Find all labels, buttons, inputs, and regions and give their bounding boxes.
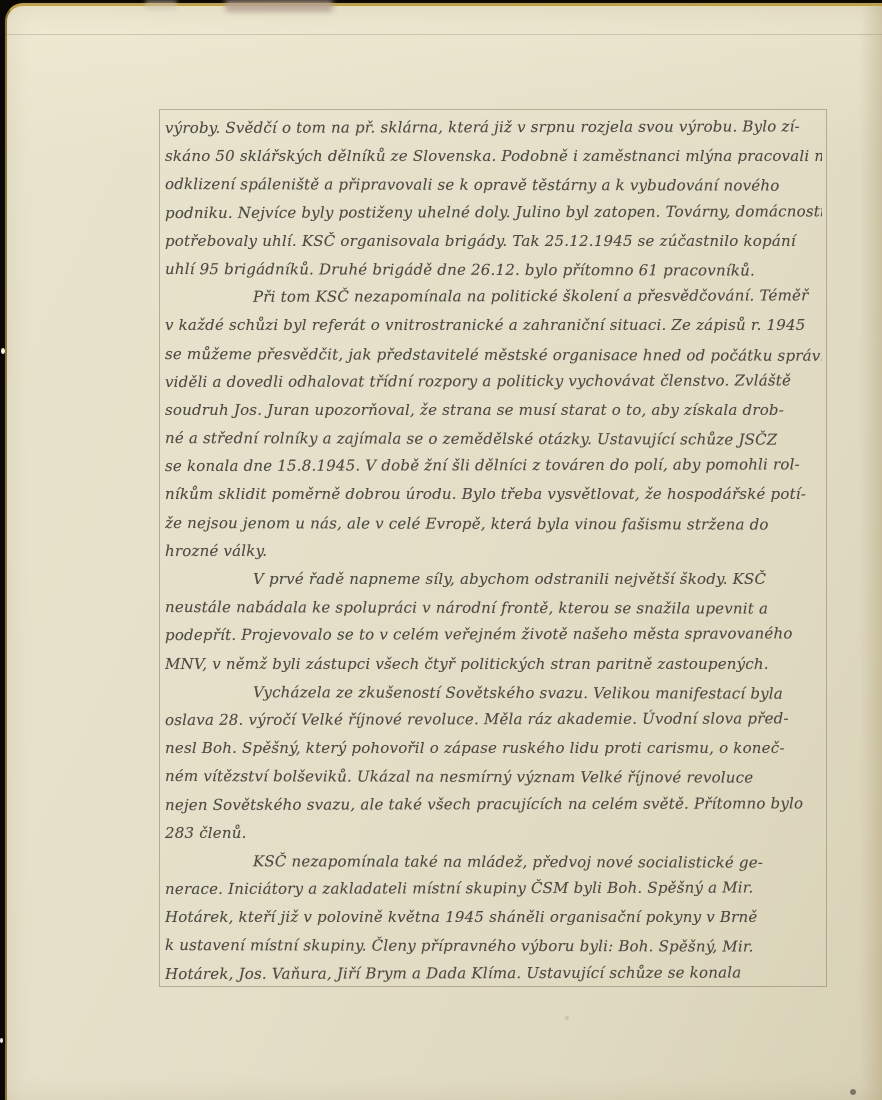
handwriting-line: KSČ nezapomínala také na mládež, předvoj… [165, 847, 822, 877]
ruled-text-frame: výroby. Svědčí o tom na př. sklárna, kte… [159, 109, 827, 987]
handwriting-line: uhlí 95 brigádníků. Druhé brigádě dne 26… [165, 255, 822, 285]
handwriting-line: výroby. Svědčí o tom na př. sklárna, kte… [165, 114, 822, 142]
handwriting-line: skáno 50 sklářských dělníků ze Slovenska… [165, 142, 822, 170]
handwriting-line: nesl Boh. Spěšný, který pohovořil o zápa… [165, 734, 822, 762]
handwriting-line: né a střední rolníky a zajímala se o zem… [165, 424, 822, 454]
ribbon-tab-artifact [225, 0, 333, 12]
handwriting-line: MNV, v němž byli zástupci všech čtyř pol… [165, 650, 822, 678]
handwriting-line: se můžeme přesvědčit, jak představitelé … [165, 340, 822, 370]
handwriting-line: že nejsou jenom u nás, ale v celé Evropě… [165, 509, 822, 539]
handwriting-line: nejen Sovětského svazu, ale také všech p… [165, 789, 822, 819]
ribbon-tab-artifact-small [145, 0, 177, 10]
book-page: výroby. Svědčí o tom na př. sklárna, kte… [5, 3, 882, 1100]
handwriting-line: k ustavení místní skupiny. Členy příprav… [165, 931, 822, 961]
handwriting-line: Při tom KSČ nezapomínala na politické šk… [165, 281, 822, 311]
handwriting-line: odklizení spáleniště a připravovali se k… [165, 170, 822, 200]
handwriting-line: se konala dne 15.8.1945. V době žní šli … [165, 451, 822, 481]
handwriting-line: viděli a dovedli odhalovat třídní rozpor… [165, 366, 822, 396]
dust-speck [1, 348, 5, 354]
handwriting-line: Hotárek, Jos. Vaňura, Jiří Brym a Dada K… [165, 958, 822, 984]
handwriting-line: Vycházela ze zkušeností Sovětského svazu… [165, 678, 822, 708]
handwriting-line: potřebovaly uhlí. KSČ organisovala brigá… [165, 227, 822, 255]
handwriting-line: níkům sklidit poměrně dobrou úrodu. Bylo… [165, 480, 822, 508]
handwriting-line: hrozné války. [165, 535, 822, 565]
handwriting-line: soudruh Jos. Juran upozorňoval, že stran… [165, 396, 822, 424]
handwriting-line: oslava 28. výročí Velké říjnové revoluce… [165, 704, 822, 734]
scanned-page: { "document": { "language": "Czech", "ki… [0, 0, 882, 1100]
handwriting-line: ném vítězství bolševiků. Ukázal na nesmí… [165, 762, 822, 792]
handwriting-line: Hotárek, kteří již v polovině května 194… [165, 903, 822, 931]
handwriting-line: 283 členů. [165, 819, 822, 847]
handwriting-line: podepřít. Projevovalo se to v celém veře… [165, 620, 822, 650]
handwriting-line: podniku. Nejvíce byly postiženy uhelné d… [165, 197, 822, 227]
dust-speck [565, 1016, 569, 1020]
handwriting-line: V prvé řadě napneme síly, abychom odstra… [165, 565, 822, 593]
dust-speck [0, 1038, 3, 1043]
page-edge-shading [860, 6, 882, 1100]
handwriting-line: v každé schůzi byl referát o vnitrostran… [165, 311, 822, 339]
dust-speck [850, 1089, 856, 1095]
handwriting-line: nerace. Iniciátory a zakladateli místní … [165, 873, 822, 903]
manuscript-text: výroby. Svědčí o tom na př. sklárna, kte… [165, 114, 822, 984]
page-crease-line [7, 34, 882, 35]
